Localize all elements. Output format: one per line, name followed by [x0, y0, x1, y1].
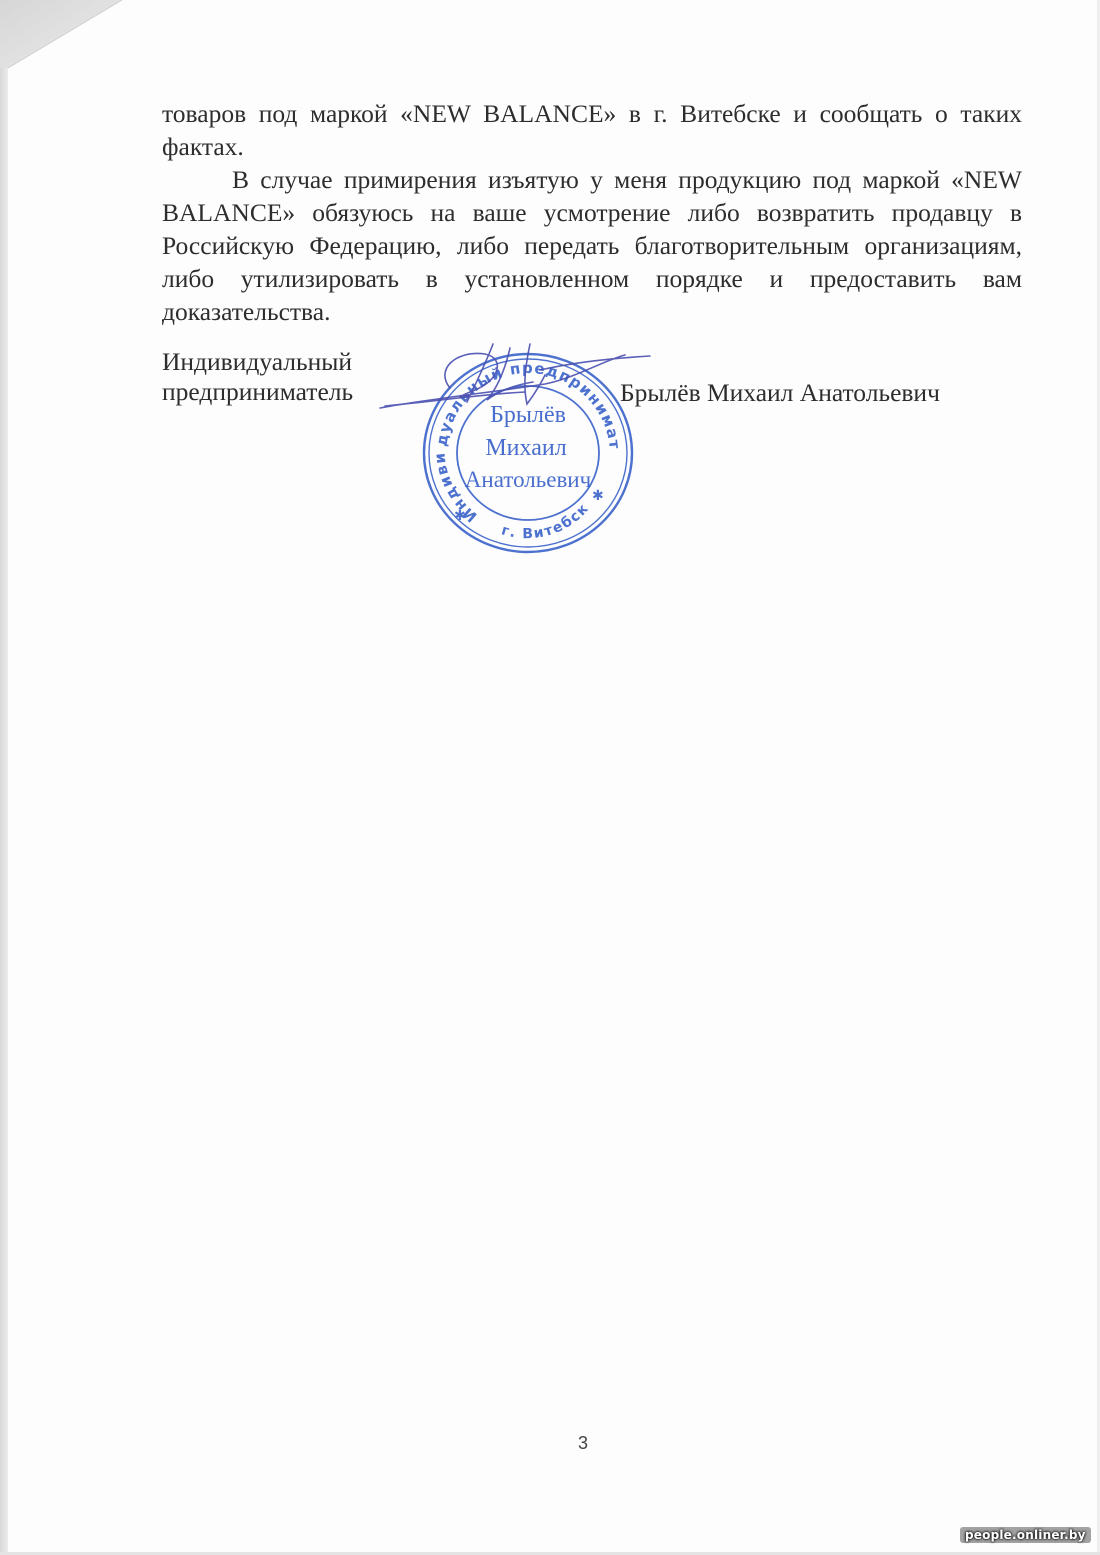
svg-text:г. Витебск: г. Витебск: [500, 500, 593, 542]
paragraph-1: товаров под маркой «NEW BALANCE» в г. Ви…: [162, 97, 1022, 163]
signatory-title-line-2: предприниматель: [162, 377, 353, 407]
document-page: товаров под маркой «NEW BALANCE» в г. Ви…: [0, 0, 1100, 1555]
page-edge-shadow: [0, 68, 8, 1555]
stamp-line-3: Анатольевич: [465, 467, 592, 492]
stamp-line-2: Михаил: [485, 435, 566, 461]
paragraph-2: В случае примирения изъятую у меня проду…: [162, 163, 1022, 328]
signatory-title-line-1: Индивидуальный: [162, 347, 353, 377]
page-number: 3: [578, 1433, 588, 1454]
stamp-bottom-text: г. Витебск: [500, 500, 593, 542]
signatory-name: Брылёв Михаил Анатольевич: [620, 378, 940, 408]
svg-text:✱: ✱: [592, 488, 604, 504]
document-body: товаров под маркой «NEW BALANCE» в г. Ви…: [162, 97, 1022, 328]
handwritten-signature-icon: [375, 340, 655, 430]
site-watermark: people.onliner.by: [960, 1527, 1091, 1543]
signatory-title: Индивидуальный предприниматель: [162, 347, 353, 407]
svg-text:✱: ✱: [454, 508, 466, 524]
